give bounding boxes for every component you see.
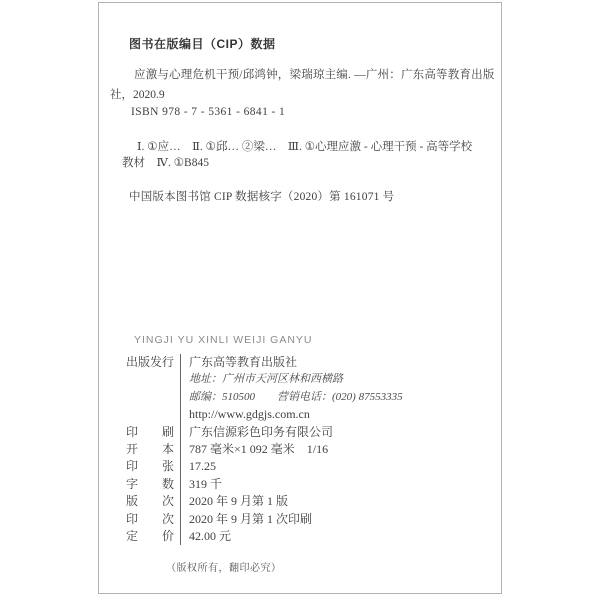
colophon-value: 787 毫米×1 092 毫米 1/16 xyxy=(180,441,471,458)
colophon-value: 地址：广州市天河区林和西横路 xyxy=(180,371,471,388)
cip-description-line-1: 应激与心理危机干预/邱鸿钟，梁瑞琼主编. —广州：广东高等教育出版 xyxy=(134,68,495,82)
colophon-label: 印次 xyxy=(126,511,174,528)
classification-line-2: 教材 Ⅳ. ①B845 xyxy=(122,156,209,170)
colophon-row: http://www.gdgjs.com.cn xyxy=(126,406,471,423)
page-frame: 图书在版编目（CIP）数据 应激与心理危机干预/邱鸿钟，梁瑞琼主编. —广州：广… xyxy=(98,2,502,594)
colophon-value: 广东信源彩色印务有限公司 xyxy=(180,424,471,441)
cip-record-line: 中国版本图书馆 CIP 数据核字（2020）第 161071 号 xyxy=(129,190,394,204)
colophon-row: 地址：广州市天河区林和西横路 xyxy=(126,371,471,388)
colophon-label: 版次 xyxy=(126,493,174,510)
colophon-label xyxy=(126,371,174,388)
colophon-row: 出版发行 广东高等教育出版社 xyxy=(126,354,471,371)
colophon-value: 17.25 xyxy=(180,458,471,475)
colophon-label: 定价 xyxy=(126,528,174,545)
cip-heading: 图书在版编目（CIP）数据 xyxy=(129,37,276,51)
colophon-label: 印刷 xyxy=(126,424,174,441)
pinyin-title: YINGJI YU XINLI WEIJI GANYU xyxy=(134,333,313,347)
colophon-table: 出版发行 广东高等教育出版社 地址：广州市天河区林和西横路 邮编：510500 … xyxy=(126,354,471,545)
colophon-row: 开本 787 毫米×1 092 毫米 1/16 xyxy=(126,441,471,458)
colophon-value: 广东高等教育出版社 xyxy=(180,354,471,371)
colophon-row: 印刷 广东信源彩色印务有限公司 xyxy=(126,424,471,441)
colophon-label: 字数 xyxy=(126,476,174,493)
colophon-row: 定价 42.00 元 xyxy=(126,528,471,545)
colophon-label: 开本 xyxy=(126,441,174,458)
colophon-value: 42.00 元 xyxy=(180,528,471,545)
colophon-label: 出版发行 xyxy=(126,354,174,371)
cip-description-line-2: 社，2020.9 xyxy=(110,88,165,102)
colophon-row: 印张 17.25 xyxy=(126,458,471,475)
colophon-value: http://www.gdgjs.com.cn xyxy=(180,406,471,423)
classification-line-1: Ⅰ. ①应… Ⅱ. ①邱… ②梁… Ⅲ. ①心理应激 - 心理干预 - 高等学校 xyxy=(137,140,472,154)
colophon-value: 2020 年 9 月第 1 次印刷 xyxy=(180,511,471,528)
colophon-row: 字数 319 千 xyxy=(126,476,471,493)
colophon-value: 2020 年 9 月第 1 版 xyxy=(180,493,471,510)
colophon-value: 邮编：510500 营销电话：(020) 87553335 xyxy=(180,389,471,406)
colophon-row: 邮编：510500 营销电话：(020) 87553335 xyxy=(126,389,471,406)
colophon-label: 印张 xyxy=(126,458,174,475)
colophon-value: 319 千 xyxy=(180,476,471,493)
copyright-notice: （版权所有，翻印必究） xyxy=(166,562,282,576)
colophon-row: 印次 2020 年 9 月第 1 次印刷 xyxy=(126,511,471,528)
colophon-row: 版次 2020 年 9 月第 1 版 xyxy=(126,493,471,510)
colophon-label xyxy=(126,389,174,406)
isbn-line: ISBN 978 - 7 - 5361 - 6841 - 1 xyxy=(131,105,285,119)
colophon-label xyxy=(126,406,174,423)
